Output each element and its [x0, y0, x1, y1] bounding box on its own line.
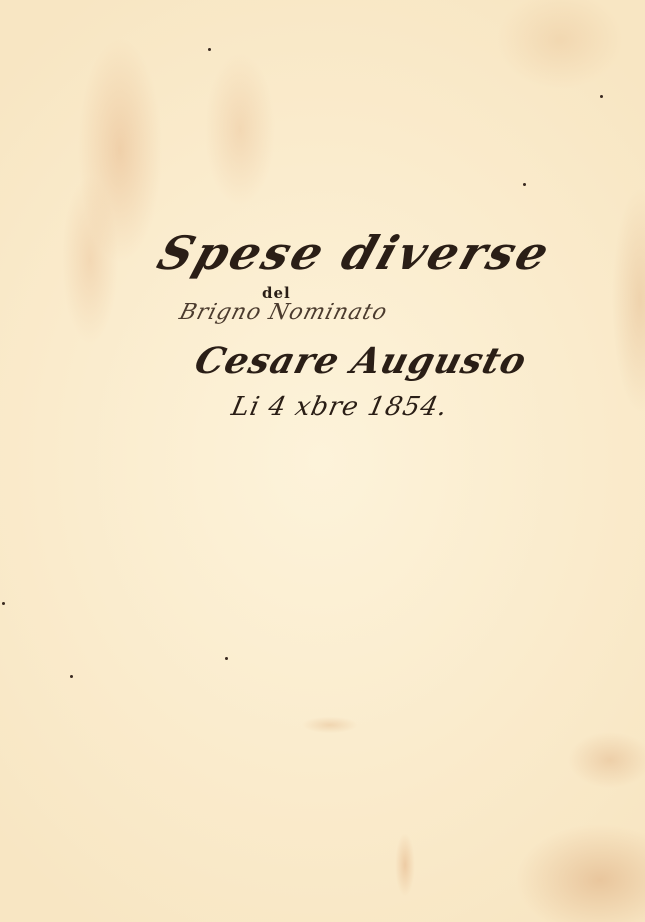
subtitle-brigantino: Brigno Nominato	[177, 300, 391, 325]
date-line: Li 4 xbre 1854.	[229, 392, 451, 422]
manuscript-page: Spese diverse del Brigno Nominato Cesare…	[0, 0, 645, 922]
ink-speck	[70, 675, 73, 678]
ink-speck	[225, 657, 228, 660]
ink-speck	[2, 602, 5, 605]
ink-speck	[600, 95, 603, 98]
ship-name: Cesare Augusto	[190, 340, 531, 382]
ink-speck	[208, 48, 211, 51]
title-spese-diverse: Spese diverse	[151, 226, 558, 280]
ink-speck	[523, 183, 526, 186]
